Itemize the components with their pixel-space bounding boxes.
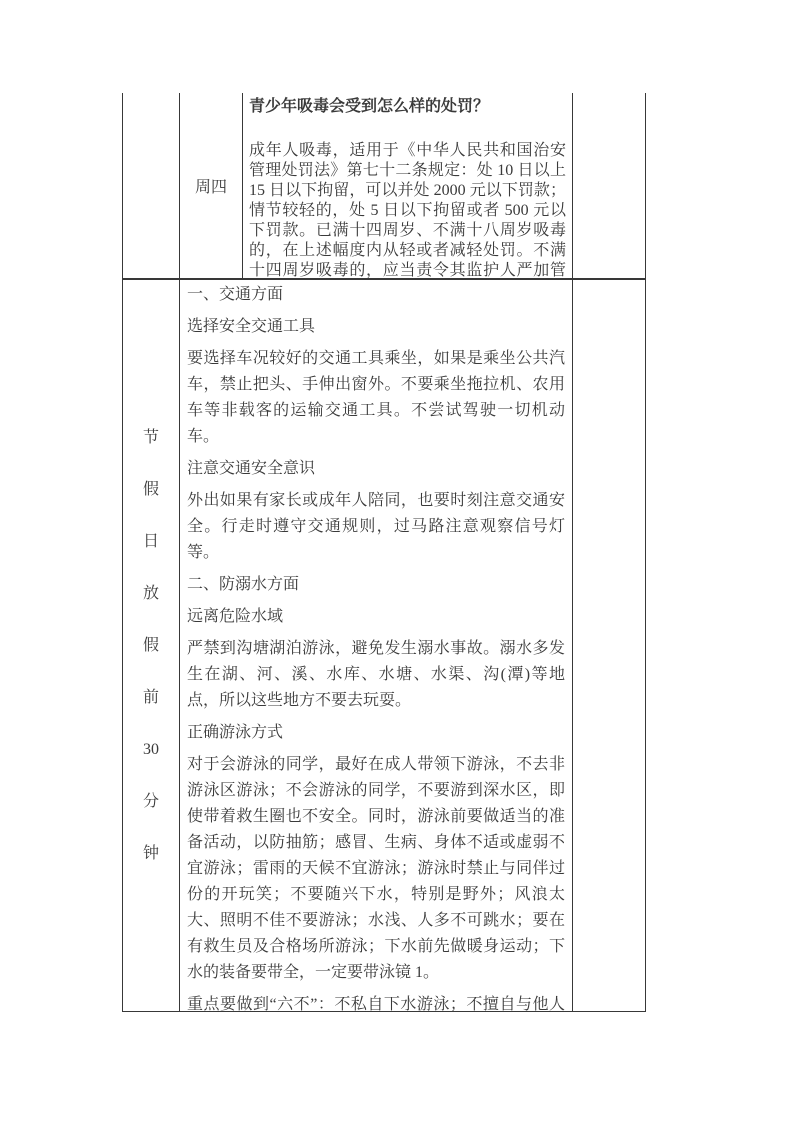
- drowning-areas-paragraph: 严禁到沟塘湖泊游泳，避免发生溺水事故。溺水多发生在湖、河、溪、水库、水塘、水渠、…: [187, 636, 565, 714]
- holiday-label-char: 日: [143, 516, 159, 568]
- weekday-label: 周四: [195, 174, 227, 197]
- holiday-label-char: 30: [143, 724, 159, 776]
- drowning-subheading-method: 正确游泳方式: [187, 720, 565, 746]
- drowning-method-paragraph: 对于会游泳的同学，最好在成人带领下游泳，不去非游泳区游泳；不会游泳的同学，不要游…: [187, 752, 565, 986]
- holiday-label-char: 节: [143, 412, 159, 464]
- traffic-awareness-paragraph: 外出如果有家长或成年人陪同，也要时刻注意交通安全。行走时遵守交通规则，过马路注意…: [187, 488, 565, 566]
- traffic-tools-paragraph: 要选择车况较好的交通工具乘坐，如果是乘坐公共汽车，禁止把头、手伸出窗外。不要乘坐…: [187, 346, 565, 450]
- weekday-cell: 周四: [180, 93, 243, 278]
- drug-penalty-content-cell: 青少年吸毒会受到怎么样的处罚？ 成年人吸毒，适用于《中华人民共和国治安管理处罚法…: [243, 93, 573, 278]
- drug-penalty-title: 青少年吸毒会受到怎么样的处罚？: [249, 97, 566, 117]
- drug-penalty-paragraph: 成年人吸毒，适用于《中华人民共和国治安管理处罚法》第七十二条规定：处 10 日以…: [249, 141, 566, 278]
- holiday-label-char: 假: [143, 464, 159, 516]
- document-page: { "colors": { "background": "#ffffff", "…: [0, 0, 793, 1122]
- drowning-six-nos-paragraph: 重点要做到“六不”：不私自下水游泳；不擅自与他人结伴游泳；不在无家长或教师带领的…: [187, 992, 565, 1011]
- table-row-holiday-safety: 节 假 日 放 假 前 30 分 钟 一、交通方面 选择安全交通工具 要选择车况…: [123, 280, 645, 1011]
- safety-content-cell: 一、交通方面 选择安全交通工具 要选择车况较好的交通工具乘坐，如果是乘坐公共汽车…: [180, 280, 573, 1011]
- holiday-label-cell: 节 假 日 放 假 前 30 分 钟: [123, 280, 180, 1011]
- schedule-table: 周四 青少年吸毒会受到怎么样的处罚？ 成年人吸毒，适用于《中华人民共和国治安管理…: [122, 93, 646, 1012]
- holiday-label-char: 分: [143, 776, 159, 828]
- table-row-thursday: 周四 青少年吸毒会受到怎么样的处罚？ 成年人吸毒，适用于《中华人民共和国治安管理…: [123, 93, 645, 280]
- holiday-label-char: 假: [143, 620, 159, 672]
- drowning-subheading-areas: 远离危险水域: [187, 604, 565, 630]
- holiday-label-char: 钟: [143, 828, 159, 880]
- empty-cell-left: [123, 93, 180, 278]
- traffic-subheading-tools: 选择安全交通工具: [187, 314, 565, 340]
- traffic-subheading-awareness: 注意交通安全意识: [187, 456, 565, 482]
- empty-cell-right: [573, 93, 645, 278]
- traffic-section-heading: 一、交通方面: [187, 282, 565, 308]
- holiday-label-char: 放: [143, 568, 159, 620]
- empty-cell-right: [573, 280, 645, 1011]
- drowning-section-heading: 二、防溺水方面: [187, 572, 565, 598]
- holiday-label-char: 前: [143, 672, 159, 724]
